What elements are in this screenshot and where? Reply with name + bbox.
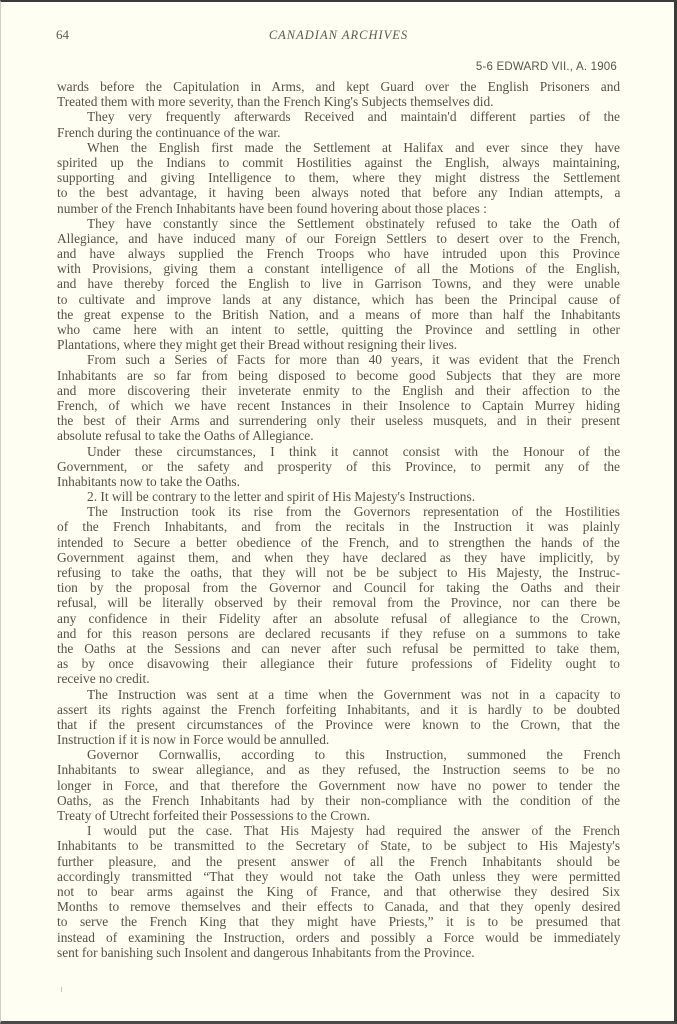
paragraph: They very frequently afterwards Received… [57, 109, 620, 139]
text-line: that if the present circumstances of the… [57, 717, 620, 732]
text-line: The Instruction took its rise from the G… [57, 504, 620, 519]
body-text: wards before the Capitulation in Arms, a… [57, 79, 620, 960]
text-line: longer in Force, and that therefore the … [57, 778, 620, 793]
text-line: Inhabitants are so far from being dispos… [57, 368, 620, 383]
text-line: and have always supplied the French Troo… [57, 246, 620, 261]
text-line: Inhabitants to be transmitted to the Sec… [57, 838, 620, 853]
text-line: and more discovering their inveterate en… [57, 383, 620, 398]
text-line: further pleasure, and the present answer… [57, 854, 620, 869]
session-reference: 5-6 EDWARD VII., A. 1906 [476, 61, 617, 73]
text-line: Governor Cornwallis, according to this I… [57, 747, 620, 762]
scan-mark [61, 987, 62, 992]
text-line: Inhabitants to swear allegiance, and as … [57, 762, 620, 777]
text-line: spirited up the Indians to commit Hostil… [57, 155, 620, 170]
text-line: Treated them with more severity, than th… [57, 94, 620, 109]
text-line: intended to Secure a better obedience of… [57, 535, 620, 550]
text-line: Months to remove themselves and their ef… [57, 899, 620, 914]
text-line: to serve the French King that they might… [57, 914, 620, 929]
text-line: as by once disavowing their allegiance t… [57, 656, 620, 671]
text-line: and for this reason persons are declared… [57, 626, 620, 641]
text-line: I would put the case. That His Majesty h… [57, 823, 620, 838]
text-line: the Oaths at the Sessions and can never … [57, 641, 620, 656]
text-line: Plantations, where they might get their … [57, 337, 620, 352]
paragraph: wards before the Capitulation in Arms, a… [57, 79, 620, 109]
text-line: with Provisions, giving them a constant … [57, 261, 620, 276]
text-line: of the French Inhabitants, and from the … [57, 519, 620, 534]
paragraph: 2. It will be contrary to the letter and… [57, 489, 620, 504]
text-line: The Instruction was sent at a time when … [57, 687, 620, 702]
paragraph: The Instruction took its rise from the G… [57, 504, 620, 686]
text-line: number of the French Inhabitants have be… [57, 201, 620, 216]
paragraph: When the English first made the Settleme… [57, 140, 620, 216]
text-line: refusing to take the oaths, that they wi… [57, 565, 620, 580]
text-line: to the best advantage, it having been al… [57, 185, 620, 200]
text-line: refusal, will be literally observed by t… [57, 595, 620, 610]
paragraph: I would put the case. That His Majesty h… [57, 823, 620, 960]
text-line: When the English first made the Settleme… [57, 140, 620, 155]
text-line: Allegiance, and have induced many of our… [57, 231, 620, 246]
text-line: absolute refusal to take the Oaths of Al… [57, 428, 620, 443]
text-line: instead of examining the Instruction, or… [57, 930, 620, 945]
paragraph: Governor Cornwallis, according to this I… [57, 747, 620, 823]
text-line: the great expense to the British Nation,… [57, 307, 620, 322]
text-line: Treaty of Utrecht forfeited their Posses… [57, 808, 620, 823]
text-line: to cultivate and improve lands at any di… [57, 292, 620, 307]
text-line: Government, or the safety and prosperity… [57, 459, 620, 474]
text-line: assert its rights against the French for… [57, 702, 620, 717]
text-line: Under these circumstances, I think it ca… [57, 444, 620, 459]
paragraph: They have constantly since the Settlemen… [57, 216, 620, 353]
running-title: CANADIAN ARCHIVES [0, 28, 677, 43]
text-line: who came here with an intent to settle, … [57, 322, 620, 337]
text-line: tion by the proposal from the Governor a… [57, 580, 620, 595]
text-line: 2. It will be contrary to the letter and… [57, 489, 620, 504]
text-line: receive no credit. [57, 671, 620, 686]
text-line: They very frequently afterwards Received… [57, 109, 620, 124]
text-line: French, of which we have recent Instance… [57, 398, 620, 413]
text-line: Inhabitants now to take the Oaths. [57, 474, 620, 489]
text-line: not to bear arms against the King of Fra… [57, 884, 620, 899]
text-line: accordingly transmitted “That they would… [57, 869, 620, 884]
text-line: supporting and giving Intelligence to th… [57, 170, 620, 185]
text-line: any confidence in their Fidelity after a… [57, 611, 620, 626]
paragraph: The Instruction was sent at a time when … [57, 687, 620, 748]
text-line: and have thereby forced the English to l… [57, 276, 620, 291]
paragraph: Under these circumstances, I think it ca… [57, 444, 620, 490]
text-line: Instruction if it is now in Force would … [57, 732, 620, 747]
paragraph: From such a Series of Facts for more tha… [57, 352, 620, 443]
text-line: They have constantly since the Settlemen… [57, 216, 620, 231]
text-line: sent for banishing such Insolent and dan… [57, 945, 620, 960]
text-line: From such a Series of Facts for more tha… [57, 352, 620, 367]
text-line: Oaths, as the French Inhabitants had by … [57, 793, 620, 808]
text-line: the best of their Arms and surrendering … [57, 413, 620, 428]
text-line: French during the continuance of the war… [57, 125, 620, 140]
text-line: Government against them, and when they h… [57, 550, 620, 565]
text-line: wards before the Capitulation in Arms, a… [57, 79, 620, 94]
